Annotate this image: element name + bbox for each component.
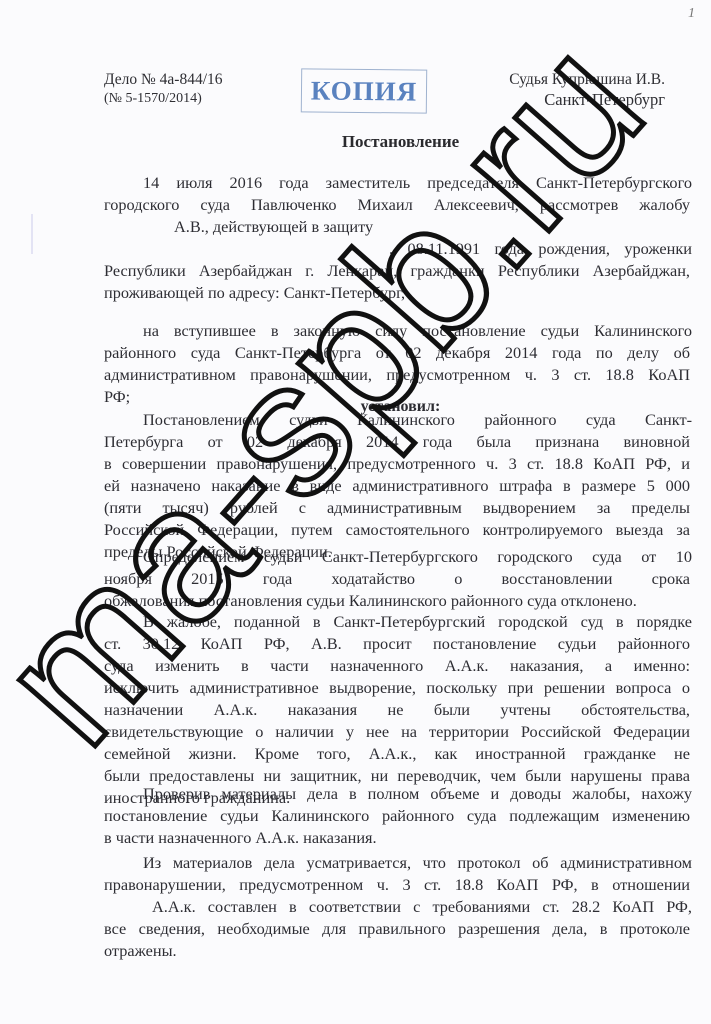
text-line: административном правонарушении, предусм… bbox=[104, 364, 690, 386]
text-line: все сведения, необходимые для правильног… bbox=[104, 918, 690, 940]
text-line: назначении А.А.к. наказания не были учте… bbox=[104, 699, 690, 721]
case-number: Дело № 4а-844/16 bbox=[104, 70, 223, 89]
city: Санкт-Петербург bbox=[544, 90, 665, 109]
text-line: Российской Федерации, путем самостоятель… bbox=[104, 519, 690, 541]
text-line: городского суда Павлюченко Михаил Алексе… bbox=[104, 194, 690, 216]
text-line: . 08.11.1991 года рождения, уроженки bbox=[389, 238, 692, 260]
text-line: 14 июля 2016 года заместитель председате… bbox=[143, 172, 692, 194]
text-line: Республики Азербайджан г. Ленкаран, граж… bbox=[104, 260, 690, 282]
text-line: на вступившее в законную силу постановле… bbox=[143, 320, 692, 342]
text-line: А.А.к. составлен в соответствии с требов… bbox=[152, 896, 692, 918]
text-line: в части назначенного А.А.к. наказания. bbox=[104, 827, 377, 849]
margin-pencil-mark bbox=[31, 214, 33, 254]
text-line: семейной жизни. Кроме того, А.А.к., как … bbox=[104, 743, 690, 765]
page-number: 1 bbox=[688, 6, 695, 22]
text-line: Петербурга от 02 декабря 2014 года была … bbox=[104, 431, 690, 453]
text-line: районного суда Санкт-Петербурга от 02 де… bbox=[104, 342, 690, 364]
text-line: Из материалов дела усматривается, что пр… bbox=[143, 852, 692, 874]
text-line: в совершении правонарушения, предусмотре… bbox=[104, 453, 690, 475]
text-line: ноября 2015 года ходатайство о восстанов… bbox=[104, 568, 690, 590]
text-line: В жалобе, поданной в Санкт-Петербургский… bbox=[143, 611, 692, 633]
text-line: ей назначено наказание в виде администра… bbox=[104, 475, 690, 497]
text-line: Проверив материалы дела в полном объеме … bbox=[143, 783, 692, 805]
text-line: проживающей по адресу: Санкт-Петербург, bbox=[104, 282, 405, 304]
text-line: свидетельствующие о наличии у нее на тер… bbox=[104, 721, 690, 743]
text-line: правонарушении, предусмотренном ч. 3 ст.… bbox=[104, 874, 690, 896]
text-line: Постановлением судьи Калининского районн… bbox=[143, 409, 692, 431]
text-line: обжалования постановления судьи Калининс… bbox=[104, 590, 637, 612]
document-title: Постановление bbox=[0, 132, 711, 152]
text-line: отражены. bbox=[104, 940, 177, 962]
text-line: А.В., действующей в защиту bbox=[174, 216, 373, 238]
text-line: суда изменить в части назначенного А.А.к… bbox=[104, 655, 690, 677]
text-line: ст. 30.12 КоАП РФ, А.В. просит постановл… bbox=[104, 633, 690, 655]
text-line: исключить административное выдворение, п… bbox=[104, 677, 690, 699]
copy-stamp: КОПИЯ bbox=[301, 68, 427, 113]
text-line: (пяти тысяч) рублей с административным в… bbox=[104, 497, 690, 519]
prior-case-number: (№ 5-1570/2014) bbox=[104, 89, 202, 108]
text-line: постановление судьи Калининского районно… bbox=[104, 805, 690, 827]
text-line: Определением судьи Санкт-Петербургского … bbox=[143, 546, 692, 568]
judge-name: Судья Купрюшина И.В. bbox=[509, 70, 665, 89]
document-page: 1 Дело № 4а-844/16 (№ 5-1570/2014) КОПИЯ… bbox=[0, 0, 711, 1024]
copy-stamp-label: КОПИЯ bbox=[311, 75, 418, 107]
